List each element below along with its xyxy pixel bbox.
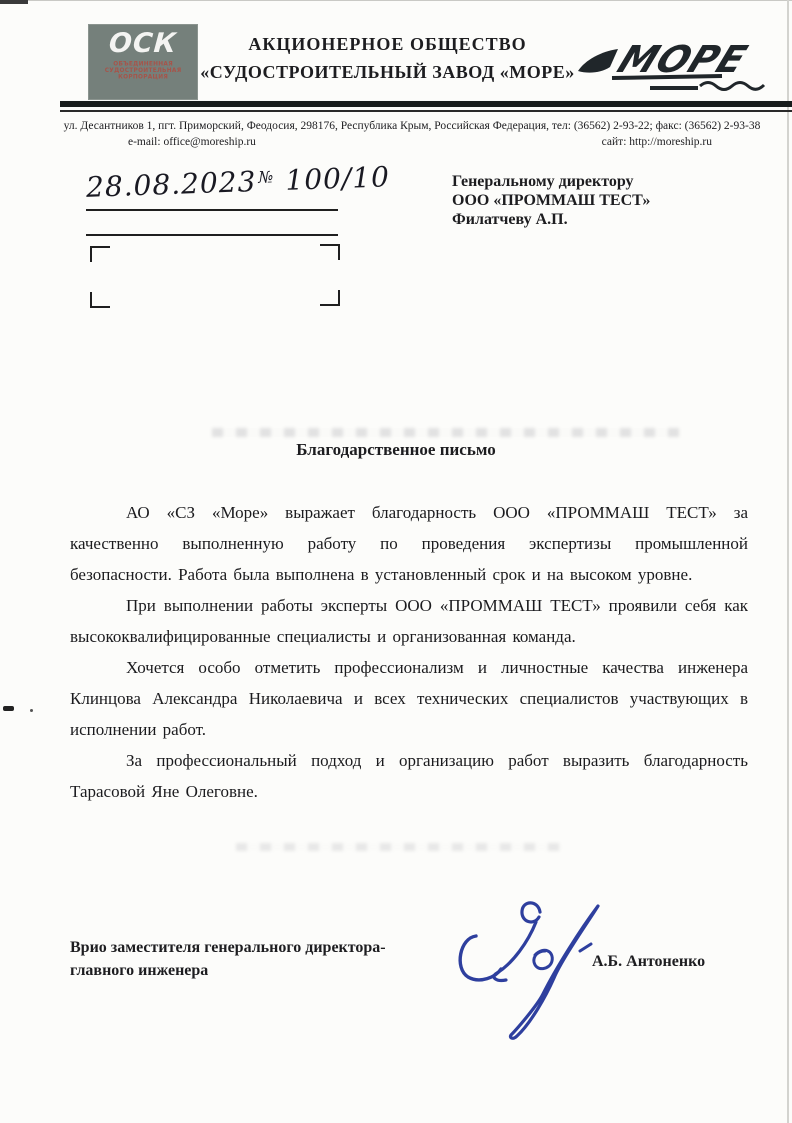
numero-sign: № xyxy=(258,167,274,187)
osk-corporation-logo: ОСК ОБЪЕДИНЕННАЯ СУДОСТРОИТЕЛЬНАЯ КОРПОР… xyxy=(88,24,198,100)
site-label: сайт: http://moreship.ru xyxy=(602,136,712,148)
recipient-company: ООО «ПРОММАШ ТЕСТ» xyxy=(452,191,650,210)
crop-corner-bottom-left xyxy=(90,292,110,308)
recipient-position: Генеральному директору xyxy=(452,172,650,191)
crop-corner-bottom-right xyxy=(320,290,340,306)
contact-row: e-mail: office@moreship.ru сайт: http://… xyxy=(128,136,712,148)
osk-logo-subtitle-line: КОРПОРАЦИЯ xyxy=(105,74,182,80)
signature-stroke-slash xyxy=(510,906,598,1038)
paragraph: При выполнении работы эксперты ООО «ПРОМ… xyxy=(70,590,748,652)
scan-artifact-ink-blob xyxy=(3,706,14,711)
organization-name: «СУДОСТРОИТЕЛЬНЫЙ ЗАВОД «МОРЕ» xyxy=(190,62,585,83)
signature-stroke-loop xyxy=(522,903,540,922)
handwritten-reference: 28.08.2023№100/10 xyxy=(86,161,367,204)
recipient-name: Филатчеву А.П. xyxy=(452,210,650,229)
boat-bow-icon xyxy=(578,49,618,73)
letter-body: АО «СЗ «Море» выражает благодарность ООО… xyxy=(70,497,748,807)
crop-corner-top-right xyxy=(320,244,340,260)
wave-icon xyxy=(700,83,764,90)
letter-title: Благодарственное письмо xyxy=(0,440,792,460)
organization-type: АКЦИОНЕРНОЕ ОБЩЕСТВО xyxy=(190,34,585,55)
paragraph: За профессиональный подход и организацию… xyxy=(70,745,748,807)
handwritten-date: 28.08.2023 xyxy=(86,165,257,204)
scan-artifact-top-left-mark xyxy=(0,0,28,4)
scan-artifact-right-edge xyxy=(787,0,789,1123)
scanned-letter-page: ОСК ОБЪЕДИНЕННАЯ СУДОСТРОИТЕЛЬНАЯ КОРПОР… xyxy=(0,0,792,1123)
recipient-block: Генеральному директору ООО «ПРОММАШ ТЕСТ… xyxy=(452,172,650,229)
scan-artifact-ghost-text-1 xyxy=(212,428,680,437)
signoff-position: Врио заместителя генерального директора-… xyxy=(70,936,386,982)
osk-logo-abbr: ОСК xyxy=(108,30,178,57)
organization-header: АКЦИОНЕРНОЕ ОБЩЕСТВО «СУДОСТРОИТЕЛЬНЫЙ З… xyxy=(190,34,585,83)
signature-stroke-descender xyxy=(494,922,536,980)
scan-artifact-top-edge xyxy=(0,0,792,1)
paragraph: Хочется особо отметить профессионализм и… xyxy=(70,652,748,745)
reference-underline-2 xyxy=(86,234,338,236)
osk-logo-subtitle: ОБЪЕДИНЕННАЯ СУДОСТРОИТЕЛЬНАЯ КОРПОРАЦИЯ xyxy=(105,61,182,80)
crop-corner-top-left xyxy=(90,246,110,262)
scan-artifact-ink-dot xyxy=(30,709,33,712)
signoff-position-line-1: Врио заместителя генерального директора- xyxy=(70,936,386,959)
signatory-name: А.Б. Антоненко xyxy=(592,953,705,971)
scan-artifact-ghost-text-2 xyxy=(236,843,562,851)
address-line: ул. Десантников 1, пгт. Приморский, Феод… xyxy=(62,120,762,132)
more-shipyard-logo: МОРЕ xyxy=(572,26,772,98)
paragraph: АО «СЗ «Море» выражает благодарность ООО… xyxy=(70,497,748,590)
signoff-position-line-2: главного инженера xyxy=(70,959,386,982)
signature-stroke-b-loop xyxy=(534,950,552,968)
email-label: e-mail: office@moreship.ru xyxy=(128,136,256,148)
header-rule-thick xyxy=(60,101,792,107)
handwritten-signature xyxy=(440,880,660,1070)
logo-hull-line xyxy=(612,76,722,78)
header-rule-thin xyxy=(60,110,792,112)
handwritten-number: 100/10 xyxy=(285,160,391,197)
signature-stroke-dash xyxy=(580,944,591,951)
reference-underline-1 xyxy=(86,209,338,211)
